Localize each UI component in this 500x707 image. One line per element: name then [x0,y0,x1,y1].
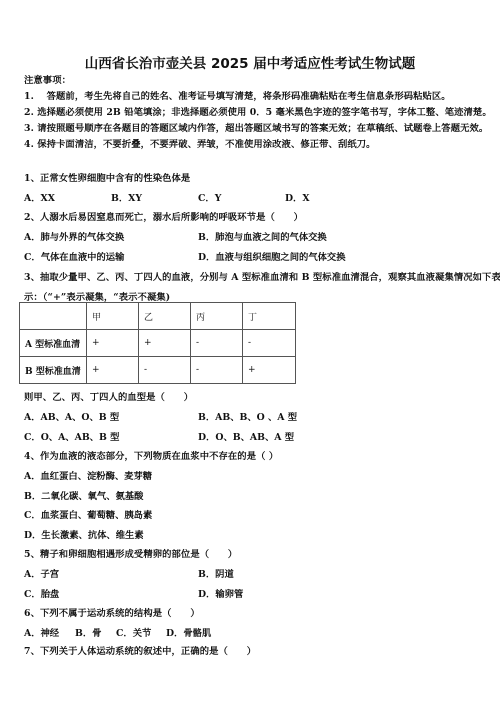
option-a: A．神经 [24,625,59,639]
option-d: D．血液与组织细胞之间的气体交换 [198,249,346,263]
option-c: C．气体在血液中的运输 [24,249,124,263]
table-cell: + [139,330,191,357]
table-cell: - [243,330,296,357]
option-a: A．子宫 [24,566,59,580]
option-b: B．骨 [75,625,101,639]
option-a: A．AB、A、O、B 型 [24,409,119,423]
question-stem: 3、抽取少量甲、乙、丙、丁四人的血液，分别与 A 型标准血清和 B 型标准血清混… [24,269,500,283]
option-c: C．关节 [116,625,151,639]
table-row: A 型标准血清 + + - - [20,330,296,357]
notice-item: 2. 选择题必须使用 2B 铅笔填涂；非选择题必须使用 0．5 毫米黑色字迹的签… [24,104,492,118]
table-cell: + [87,357,139,384]
option-b: B．阴道 [198,566,234,580]
question-stem: 7、下列关于人体运动系统的叙述中，正确的是（ ） [24,643,256,657]
table-cell: - [191,330,243,357]
option-a: A．肺与外界的气体交换 [24,229,124,243]
option-c: C．胎盘 [24,586,59,600]
table-cell: - [191,357,243,384]
question-stem: 2、人溺水后易因窒息而死亡，溺水后所影响的呼吸环节是（ ） [24,209,303,223]
table-cell [20,303,87,330]
option-b: B．肺泡与血液之间的气体交换 [198,229,327,243]
option-c: C．O、A、AB、B 型 [24,429,119,443]
table-cell: - [139,357,191,384]
notice-heading: 注意事项： [24,72,71,86]
notice-item: 3. 请按照题号顺序在各题目的答题区域内作答，超出答题区域书写的答案无效；在草稿… [24,120,488,134]
table-cell: + [243,357,296,384]
option-d: D．X [285,190,310,204]
option-b: B．二氧化碳、氧气、氨基酸 [24,488,143,502]
option-c: C．血浆蛋白、葡萄糖、胰岛素 [24,507,152,521]
table-header: 丙 [191,303,243,330]
page-title: 山西省长治市壶关县 2025 届中考适应性考试生物试题 [0,52,500,72]
row-header: A 型标准血清 [20,330,87,357]
table-header: 甲 [87,303,139,330]
option-b: B．XY [111,190,142,204]
notice-item: 4. 保持卡面清洁，不要折叠，不要弄破、弄皱，不准使用涂改液、修正带、刮纸刀。 [24,136,376,150]
option-d: D．生长激素、抗体、维生素 [24,527,144,541]
question-stem: 5、精子和卵细胞相遇形成受精卵的部位是（ ） [24,546,237,560]
question-stem-cont: 示：（“+”表示凝集，“表示不凝集) [24,289,170,303]
question-stem: 4、作为血液的液态部分，下列物质在血浆中不存在的是（ ） [24,448,278,462]
option-d: D．骨骼肌 [166,625,211,639]
notice-item: 1. 答题前，考生先将自己的姓名、准考证号填写清楚，将条形码准确粘贴在考生信息条… [24,88,451,102]
row-header: B 型标准血清 [20,357,87,384]
option-a: A．XX [24,190,55,204]
table-header: 丁 [243,303,296,330]
table-header-row: 甲 乙 丙 丁 [20,303,296,330]
option-d: D．O、B、AB、A 型 [198,429,294,443]
table-cell: + [87,330,139,357]
option-c: C．Y [198,190,221,204]
option-d: D．输卵管 [198,586,243,600]
option-b: B．AB、B、O 、A 型 [198,409,297,423]
table-header: 乙 [139,303,191,330]
question-stem-cont: 则甲、乙、丙、丁四人的血型是（ ） [24,389,193,403]
option-a: A．血红蛋白、淀粉酶、麦芽糖 [24,468,152,482]
question-stem: 1、正常女性卵细胞中含有的性染色体是 [24,170,190,184]
blood-agglutination-table: 甲 乙 丙 丁 A 型标准血清 + + - - B 型标准血清 + - - + [19,302,296,384]
table-row: B 型标准血清 + - - + [20,357,296,384]
question-stem: 6、下列不属于运动系统的结构是（ ） [24,605,200,619]
